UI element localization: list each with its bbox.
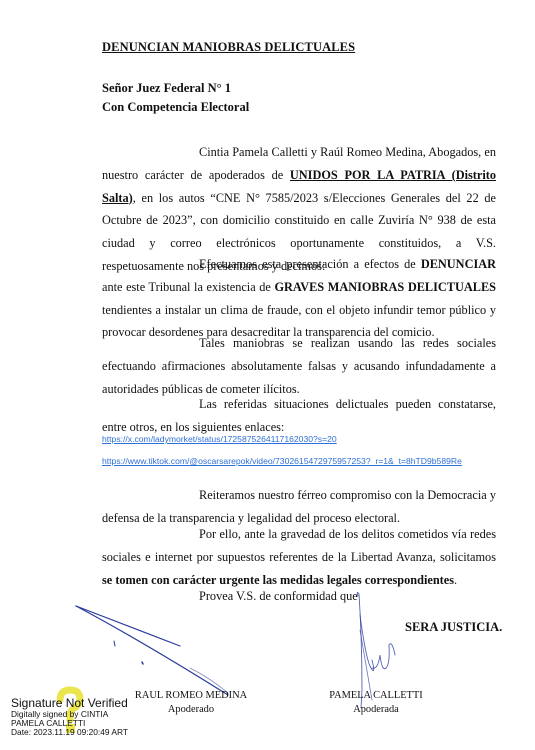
closing-sera-justicia: SERA JUSTICIA. — [405, 620, 502, 635]
paragraph-provea: Provea V.S. de conformidad que — [102, 585, 496, 608]
signatory-role: Apoderada — [318, 703, 434, 717]
signature-stroke-medina — [76, 606, 180, 646]
addressee-line-2: Con Competencia Electoral — [102, 98, 249, 117]
document-page: DENUNCIAN MANIOBRAS DELICTUALES Señor Ju… — [0, 0, 535, 750]
paragraph-enlaces: Las referidas situaciones delictuales pu… — [102, 393, 496, 439]
signatory-medina: RAUL ROMEO MEDINA Apoderado — [110, 689, 272, 717]
link-tiktok-video[interactable]: https://www.tiktok.com/@oscarsarepok/vid… — [102, 456, 462, 466]
signatory-name: PAMELA CALLETTI — [318, 689, 434, 703]
document-title: DENUNCIAN MANIOBRAS DELICTUALES — [102, 40, 355, 55]
signatory-name: RAUL ROMEO MEDINA — [110, 689, 272, 703]
addressee-block: Señor Juez Federal N° 1 Con Competencia … — [102, 79, 249, 117]
paragraph-solicitud: Por ello, ante la gravedad de los delito… — [102, 523, 496, 591]
link-x-post[interactable]: https://x.com/ladymorket/status/17258752… — [102, 434, 337, 444]
signature-date: Date: 2023.11.19 09:20:49 ART — [11, 728, 128, 737]
signatory-calletti: PAMELA CALLETTI Apoderada — [318, 689, 434, 717]
digital-signature-stamp[interactable]: Signature Not Verified Digitally signed … — [11, 697, 128, 737]
addressee-line-1: Señor Juez Federal N° 1 — [102, 79, 249, 98]
paragraph-denuncia: Efectuamos esta presentación a efectos d… — [102, 253, 496, 344]
paragraph-maniobras: Tales maniobras se realizan usando las r… — [102, 332, 496, 400]
signatory-role: Apoderado — [110, 703, 272, 717]
